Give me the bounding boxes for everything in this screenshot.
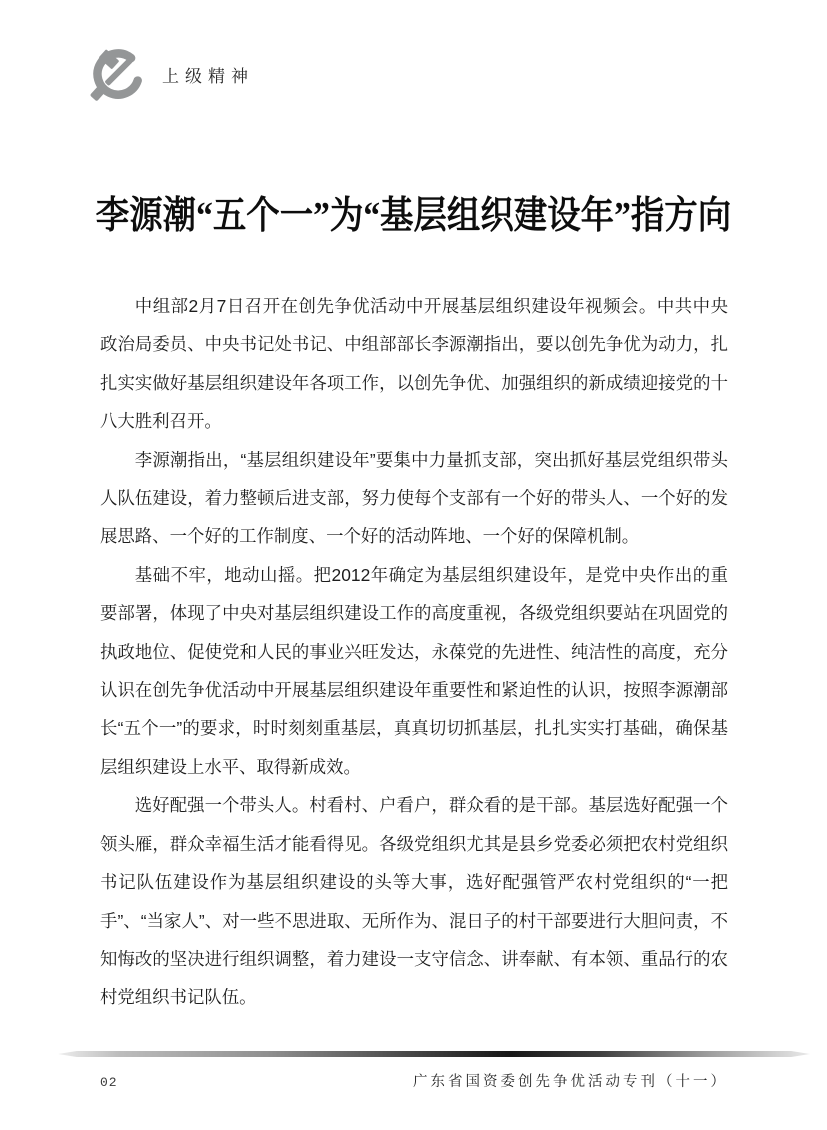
document-page: 上级精神 李源潮“五个一”为“基层组织建设年”指方向 中组部2月7日召开在创先争… [0,0,827,1130]
article-paragraph-2: 李源潮指出，“基层组织建设年”要集中力量抓支部，突出抓好基层党组织带头人队伍建设… [100,441,728,556]
footer-divider [58,1051,810,1057]
article-body: 中组部2月7日召开在创先争优活动中开展基层组织建设年视频会。中共中央政治局委员、… [100,287,728,1017]
section-label: 上级精神 [162,62,254,87]
page-number: 02 [100,1075,118,1090]
page-header: 上级精神 [88,44,254,104]
party-emblem-icon [88,44,148,104]
article-title: 李源潮“五个一”为“基层组织建设年”指方向 [94,184,734,239]
article-paragraph-1: 中组部2月7日召开在创先争优活动中开展基层组织建设年视频会。中共中央政治局委员、… [100,287,728,441]
article-paragraph-4: 选好配强一个带头人。村看村、户看户，群众看的是干部。基层选好配强一个领头雁，群众… [100,786,728,1016]
journal-title: 广东省国资委创先争优活动专刊（十一） [413,1070,728,1091]
page-footer: 02 广东省国资委创先争优活动专刊（十一） [100,1070,728,1091]
article-paragraph-3: 基础不牢，地动山摇。把2012年确定为基层组织建设年，是党中央作出的重要部署，体… [100,556,728,786]
